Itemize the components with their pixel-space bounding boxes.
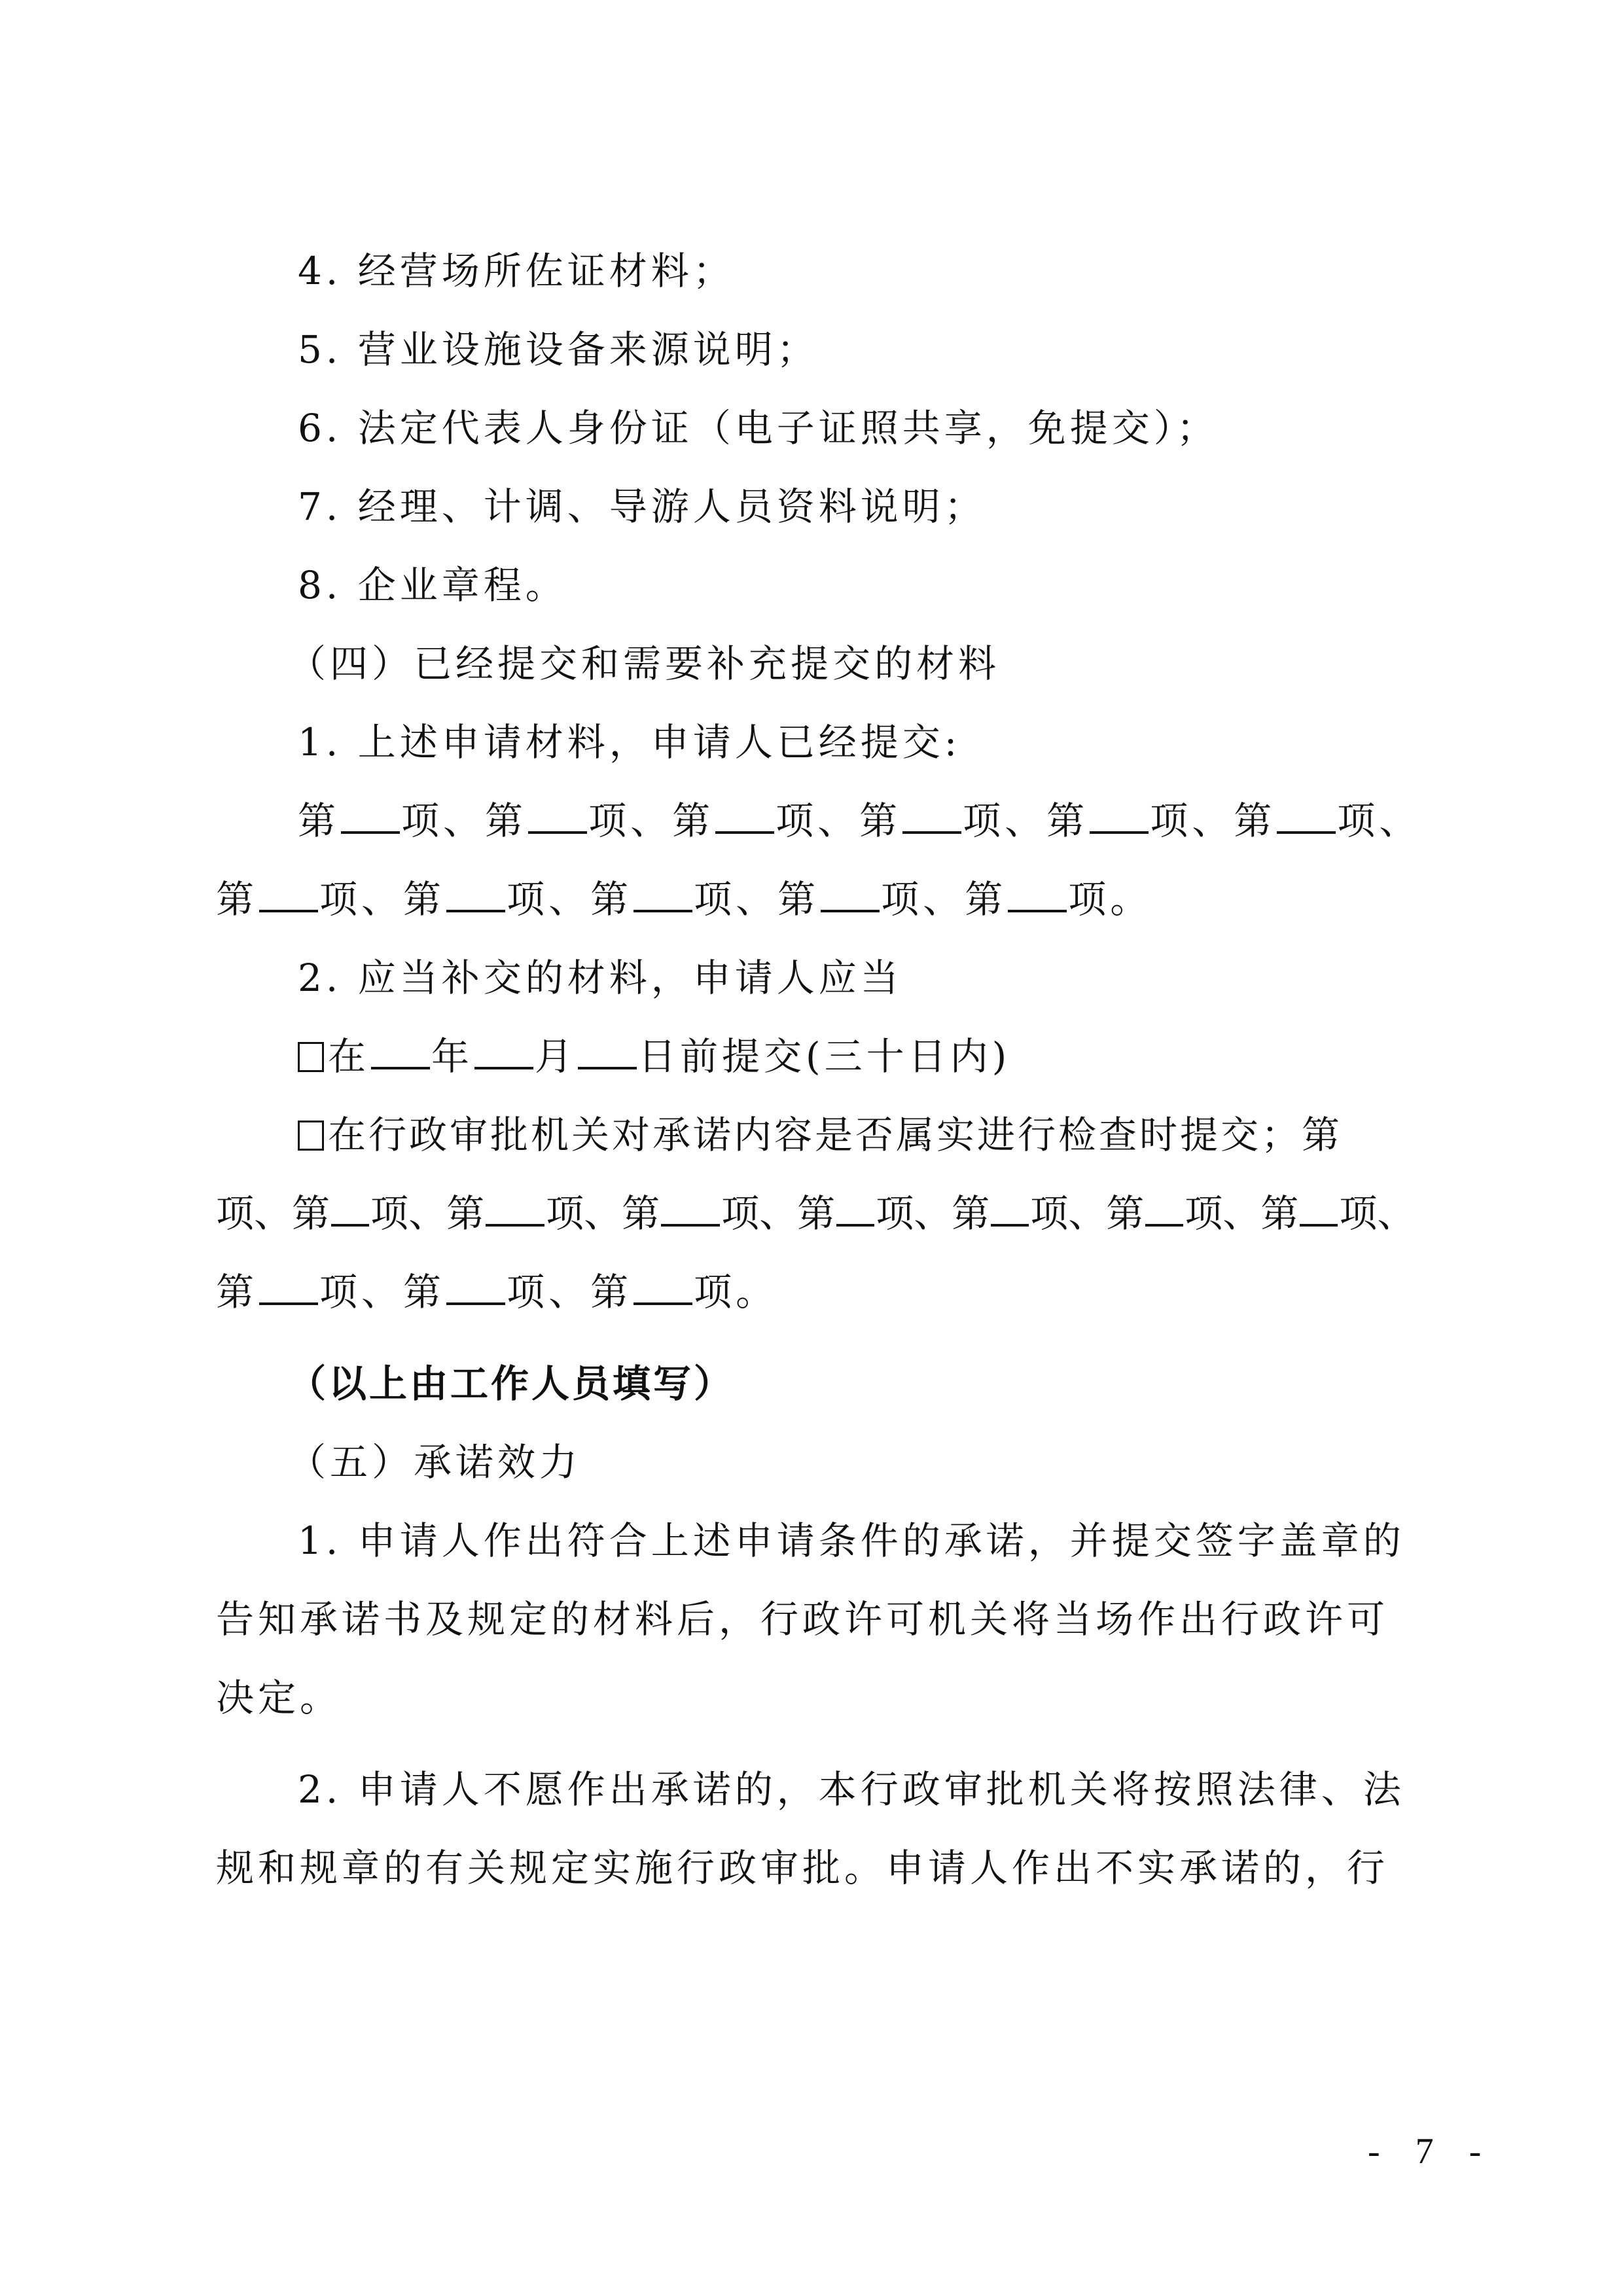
item-fill: 第项。 xyxy=(590,1270,777,1314)
item-fill: 第项、 xyxy=(797,1191,952,1236)
item-fill: 第项、 xyxy=(446,1191,622,1236)
effect-para-1-line-2: 告知承诺书及规定的材料后，行政许可机关将当场作出行政许可 xyxy=(216,1596,1427,1643)
inspection-checkbox[interactable] xyxy=(298,1121,324,1151)
item-number-blank[interactable] xyxy=(821,877,880,912)
deadline-checkbox[interactable] xyxy=(298,1042,324,1072)
list-item-4: 4. 经营场所佐证材料； xyxy=(298,247,1427,295)
item-number-blank[interactable] xyxy=(1008,877,1067,912)
option-inspection: 在行政审批机关对承诺内容是否属实进行检查时提交；第 xyxy=(298,1111,1427,1158)
item-number-blank[interactable] xyxy=(715,798,774,834)
item-number-blank[interactable] xyxy=(633,877,692,912)
submitted-label: 1. 上述申请材料，申请人已经提交: xyxy=(298,719,1427,766)
supplement-label: 2. 应当补交的材料，申请人应当 xyxy=(298,954,1427,1001)
item-number-blank[interactable] xyxy=(1145,1191,1183,1227)
item-number-blank[interactable] xyxy=(259,877,318,912)
item-number-blank[interactable] xyxy=(446,1270,505,1305)
item-fill: 第项、 xyxy=(672,798,859,843)
item-fill: 第项、 xyxy=(1260,1191,1415,1236)
inspection-items-row-3: 第项、第项、第项。 xyxy=(216,1268,1427,1316)
item-fill: 第项。 xyxy=(965,877,1152,922)
item-fill: 第项、 xyxy=(1234,798,1421,843)
effect-para-2-line-1: 2. 申请人不愿作出承诺的，本行政审批机关将按照法律、法 xyxy=(298,1766,1427,1813)
item-fill: 第项、 xyxy=(298,798,485,843)
day-blank[interactable] xyxy=(578,1034,637,1069)
staff-fill-note: （以上由工作人员填写） xyxy=(288,1360,1417,1407)
page-number: - 7 - xyxy=(1368,2130,1494,2172)
effect-para-1-line-3: 决定。 xyxy=(216,1674,1427,1721)
item-fill: 第项、 xyxy=(590,877,777,922)
effect-para-2-line-2: 规和规章的有关规定实施行政审批。申请人作出不实承诺的，行 xyxy=(216,1844,1427,1892)
item-number-blank[interactable] xyxy=(1090,798,1149,834)
item-fill: 第项、 xyxy=(216,1270,403,1314)
item-number-blank[interactable] xyxy=(528,798,587,834)
item-number-blank[interactable] xyxy=(259,1270,318,1305)
item-number-blank[interactable] xyxy=(446,877,505,912)
list-item-7: 7. 经理、计调、导游人员资料说明； xyxy=(298,483,1427,530)
submitted-items-row-1: 第项、第项、第项、第项、第项、第项、 xyxy=(298,797,1427,844)
list-item-6: 6. 法定代表人身份证（电子证照共享，免提交）； xyxy=(298,404,1427,452)
month-blank[interactable] xyxy=(474,1034,533,1069)
item-number-blank[interactable] xyxy=(331,1191,369,1227)
item-fill: 第项、 xyxy=(1046,798,1234,843)
item-fill: 第项、 xyxy=(292,1191,446,1236)
item-number-blank[interactable] xyxy=(991,1191,1029,1227)
list-item-5: 5. 营业设施设备来源说明； xyxy=(298,326,1427,373)
item-fill: 第项、 xyxy=(485,798,672,843)
item-number-blank[interactable] xyxy=(902,798,961,834)
list-item-8: 8. 企业章程。 xyxy=(298,562,1427,609)
item-number-blank[interactable] xyxy=(836,1191,874,1227)
item-number-blank[interactable] xyxy=(661,1191,720,1227)
item-fill: 第项、 xyxy=(403,877,590,922)
inspection-items-row-2: 项、第项、第项、第项、第项、第项、第项、第项、 xyxy=(216,1190,1427,1237)
section-5-heading: （五）承诺效力 xyxy=(288,1439,1417,1486)
effect-para-1-line-1: 1. 申请人作出符合上述申请条件的承诺，并提交签字盖章的 xyxy=(298,1517,1427,1564)
item-number-blank[interactable] xyxy=(1277,798,1336,834)
year-blank[interactable] xyxy=(371,1034,430,1069)
item-number-blank[interactable] xyxy=(633,1270,692,1305)
item-fill: 第项、 xyxy=(216,877,403,922)
item-fill: 第项、 xyxy=(622,1191,797,1236)
item-fill: 第项、 xyxy=(403,1270,590,1314)
document-page: 4. 经营场所佐证材料； 5. 营业设施设备来源说明； 6. 法定代表人身份证（… xyxy=(0,0,1623,2296)
section-4-heading: （四）已经提交和需要补充提交的材料 xyxy=(288,640,1417,687)
item-number-blank[interactable] xyxy=(486,1191,544,1227)
item-fill: 第项、 xyxy=(1106,1191,1260,1236)
item-fill: 第项、 xyxy=(952,1191,1106,1236)
submitted-items-row-2: 第项、第项、第项、第项、第项。 xyxy=(216,876,1427,923)
option-deadline: 在年月日前提交(三十日内) xyxy=(298,1033,1427,1080)
item-fill: 第项、 xyxy=(859,798,1046,843)
item-fill: 第项、 xyxy=(777,877,965,922)
item-number-blank[interactable] xyxy=(341,798,400,834)
item-number-blank[interactable] xyxy=(1300,1191,1338,1227)
